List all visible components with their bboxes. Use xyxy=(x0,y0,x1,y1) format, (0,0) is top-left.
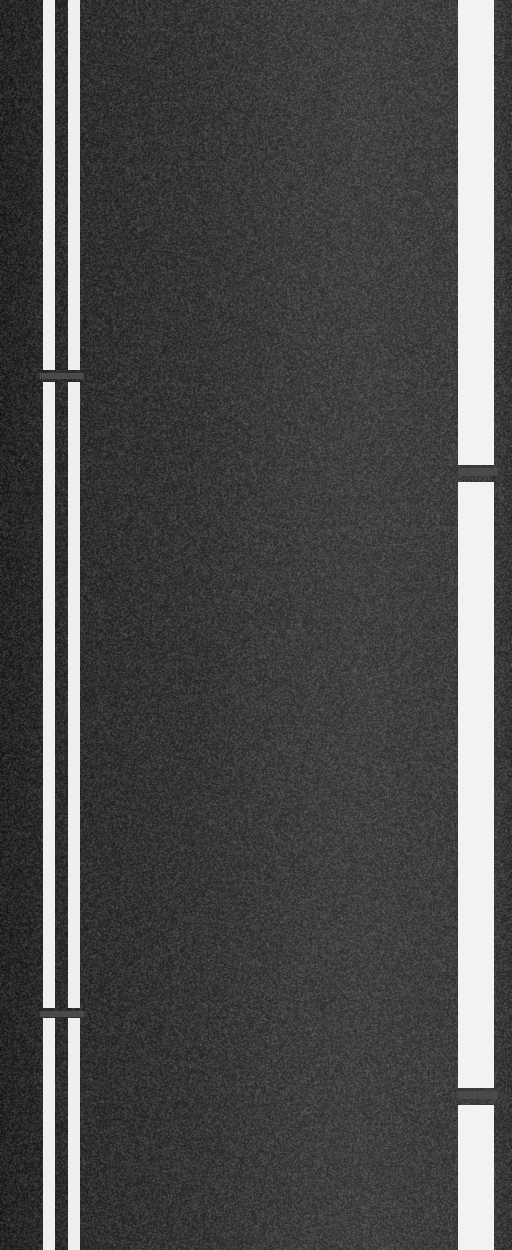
left-line-gap-mark xyxy=(40,1011,84,1017)
right-line-gap-mark xyxy=(458,1091,498,1099)
right-edge-line-segment-3 xyxy=(458,1105,494,1250)
asphalt-road xyxy=(0,0,512,1250)
left-line-a-segment-1 xyxy=(43,0,55,370)
right-edge-line-segment-1 xyxy=(458,0,494,465)
left-line-a-segment-3 xyxy=(43,1018,55,1250)
right-line-gap-mark xyxy=(458,468,498,476)
left-line-b-segment-2 xyxy=(68,382,80,1008)
left-line-a-segment-2 xyxy=(43,382,55,1008)
left-line-gap-mark xyxy=(40,373,84,379)
right-edge-line-segment-2 xyxy=(458,482,494,1088)
left-line-b-segment-3 xyxy=(68,1018,80,1250)
left-line-b-segment-1 xyxy=(68,0,80,370)
